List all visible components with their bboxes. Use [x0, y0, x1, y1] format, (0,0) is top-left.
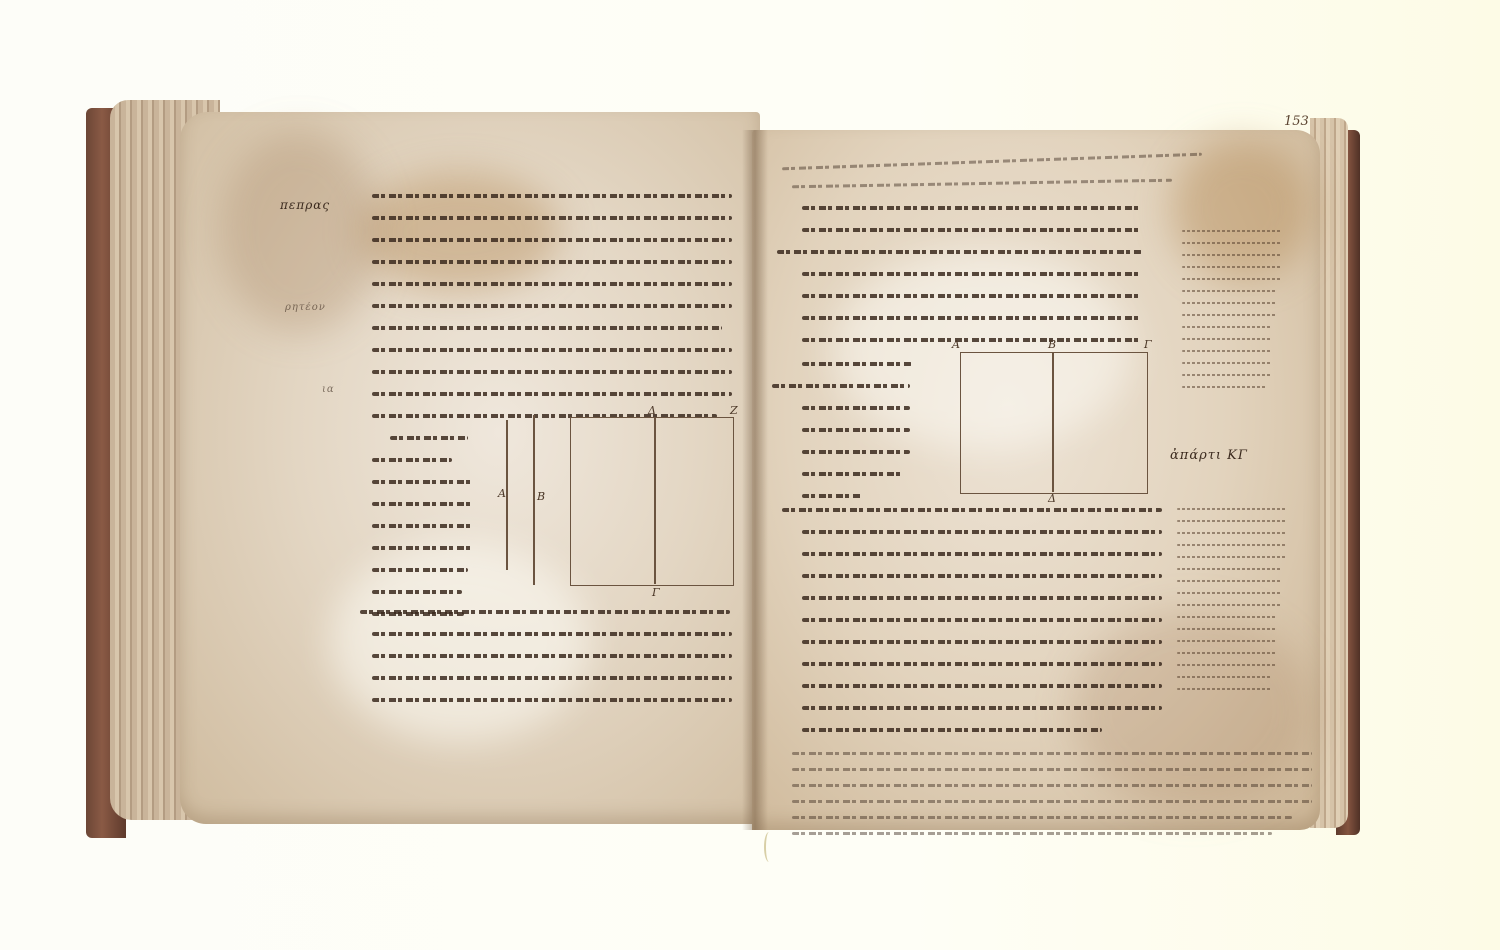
margin-note: ια [322, 384, 335, 395]
diagram-rectangle [960, 352, 1148, 494]
scholia-line [1177, 640, 1277, 642]
scholia-line [792, 768, 1312, 771]
text-line [372, 698, 732, 702]
binding-thread [764, 832, 774, 862]
scholia-line [1182, 374, 1272, 376]
right-page: 153 A B Γ Δ [752, 130, 1320, 830]
scholia-line [1182, 242, 1282, 244]
text-line [802, 728, 1102, 732]
diagram-label: A [952, 338, 960, 351]
scholia-line [792, 752, 1312, 755]
text-line [372, 590, 462, 594]
text-line [372, 568, 468, 572]
scholia-line [792, 784, 1312, 787]
scholia-line [1177, 532, 1287, 534]
text-line [372, 480, 472, 484]
text-line [802, 494, 862, 498]
text-line [802, 362, 912, 366]
scholia-line [1177, 616, 1277, 618]
scholia-line [1182, 386, 1267, 388]
text-line [372, 194, 732, 198]
folio-number: 153 [1284, 114, 1309, 129]
scholia-line [1177, 652, 1277, 654]
text-line [360, 610, 730, 614]
text-line [372, 238, 732, 242]
text-line [802, 206, 1142, 210]
diagram-divider [654, 417, 656, 584]
text-line [802, 472, 902, 476]
scholia-line [1182, 338, 1272, 340]
scholia-line [1182, 362, 1272, 364]
text-line [372, 546, 472, 550]
scholia-line [1177, 580, 1282, 582]
text-line [372, 392, 732, 396]
text-line [372, 524, 472, 528]
text-line [802, 316, 1142, 320]
text-line [802, 706, 1162, 710]
diagram-label: A [498, 487, 506, 500]
diagram-rectangle [570, 417, 734, 586]
text-line [802, 272, 1142, 276]
scholia-line [1182, 314, 1277, 316]
text-line [802, 574, 1162, 578]
margin-text [782, 153, 1202, 171]
scholia-line [1177, 688, 1272, 690]
scholia-line [792, 816, 1292, 819]
scholia-line [1177, 556, 1287, 558]
scholia-line [1182, 326, 1272, 328]
scholia-line [1177, 664, 1277, 666]
scholia-line [792, 800, 1312, 803]
scholia-line [1182, 278, 1282, 280]
text-line [372, 304, 732, 308]
stain [1172, 140, 1312, 280]
text-line [372, 502, 472, 506]
text-line [802, 294, 1142, 298]
diagram-label: B [1048, 338, 1056, 351]
text-line [802, 530, 1162, 534]
scholia-line [1177, 604, 1282, 606]
margin-note: ρητέον [285, 302, 326, 313]
manuscript-photo: πεπρας ρητέον ια A B Δ Z Γ [0, 0, 1500, 950]
text-line [372, 326, 722, 330]
diagram-label: Γ [652, 586, 660, 599]
light-patch [330, 542, 590, 742]
text-line [390, 436, 468, 440]
text-line [802, 662, 1162, 666]
scholia-line [1177, 520, 1287, 522]
text-line [372, 216, 732, 220]
diagram-label: Γ [1144, 338, 1152, 351]
stain [360, 172, 560, 292]
text-line [802, 406, 910, 410]
text-line [372, 458, 452, 462]
diagram-label: Δ [1048, 492, 1056, 505]
margin-note: ἀπάρτι ΚΓ [1170, 448, 1248, 463]
book-gutter [742, 130, 768, 830]
diagram-label: Δ [648, 404, 656, 417]
scholia-line [1182, 302, 1277, 304]
text-line [372, 370, 732, 374]
text-line [372, 632, 732, 636]
scholia-line [1182, 290, 1277, 292]
text-line [802, 640, 1162, 644]
text-line [372, 654, 732, 658]
text-line [372, 348, 732, 352]
text-line [802, 228, 1142, 232]
scholia-line [1177, 676, 1272, 678]
diagram-line-a [506, 420, 508, 570]
scholia-line [1177, 508, 1287, 510]
scholia-line [1177, 628, 1277, 630]
margin-note: πεπρας [280, 198, 330, 212]
text-line [802, 450, 910, 454]
text-line [777, 250, 1142, 254]
scholia-line [1182, 254, 1282, 256]
text-line [802, 552, 1162, 556]
text-line [802, 428, 910, 432]
text-line [372, 676, 732, 680]
text-line [372, 260, 732, 264]
text-line [772, 384, 910, 388]
text-line [802, 684, 1162, 688]
scholia-line [1182, 350, 1272, 352]
scholia-line [1182, 266, 1282, 268]
diagram-divider [1052, 352, 1054, 492]
diagram-label: Z [730, 404, 738, 417]
scholia-line [792, 832, 1272, 835]
scholia-line [1177, 544, 1287, 546]
left-page: πεπρας ρητέον ια A B Δ Z Γ [180, 112, 760, 824]
diagram-label: B [537, 490, 545, 503]
text-line [782, 508, 1162, 512]
scholia-line [1182, 230, 1282, 232]
text-line [372, 282, 732, 286]
text-line [802, 618, 1162, 622]
diagram-line-b [533, 415, 535, 585]
text-line [802, 596, 1162, 600]
margin-text [792, 179, 1172, 189]
text-line [802, 338, 1142, 342]
scholia-line [1177, 592, 1282, 594]
scholia-line [1177, 568, 1282, 570]
